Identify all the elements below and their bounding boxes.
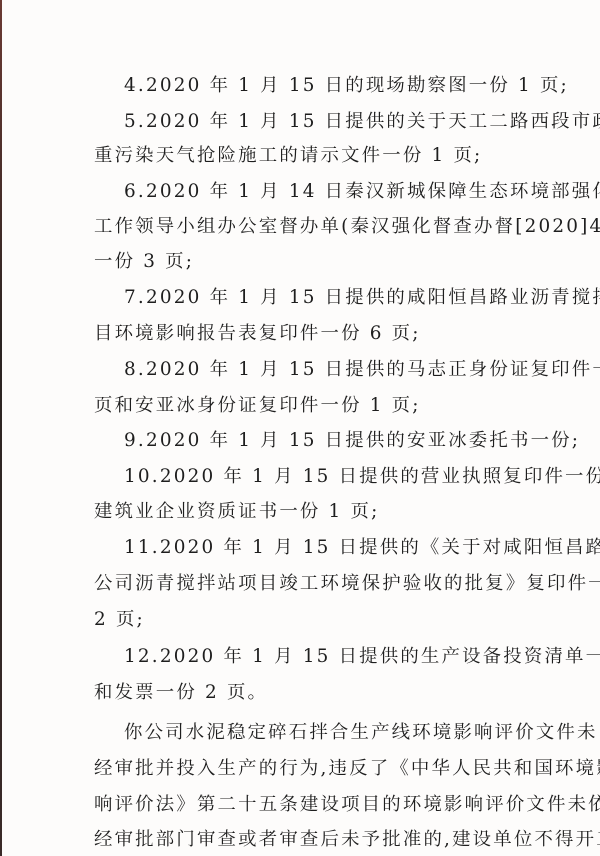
list-item-9-line-1: 9.2020 年 1 月 15 日提供的安亚冰委托书一份; xyxy=(124,430,580,452)
list-item-11-line-2: 公司沥青搅拌站项目竣工环境保护验收的批复》复印件一份 xyxy=(94,573,600,595)
paragraph-line-1: 你公司水泥稳定碎石拌合生产线环境影响评价文件未 xyxy=(124,722,598,744)
paragraph-line-3: 响评价法》第二十五条建设项目的环境影响评价文件未依法 xyxy=(94,794,600,816)
list-item-7-line-1: 7.2020 年 1 月 15 日提供的咸阳恒昌路业沥青搅拌站项 xyxy=(124,287,600,309)
list-item-5-line-2: 重污染天气抢险施工的请示文件一份 1 页; xyxy=(94,145,482,167)
list-item-12-line-2: 和发票一份 2 页。 xyxy=(94,682,268,704)
list-item-6-line-2: 工作领导小组办公室督办单(秦汉强化督查办督[2020]4 号) xyxy=(94,216,600,238)
list-item-8-line-2: 页和安亚冰身份证复印件一份 1 页; xyxy=(94,395,421,417)
list-item-4-line-1: 4.2020 年 1 月 15 日的现场勘察图一份 1 页; xyxy=(124,75,569,97)
list-item-8-line-1: 8.2020 年 1 月 15 日提供的马志正身份证复印件一份 1 xyxy=(124,359,600,381)
list-item-11-line-1: 11.2020 年 1 月 15 日提供的《关于对咸阳恒昌路业有限 xyxy=(124,537,600,559)
list-item-10-line-1: 10.2020 年 1 月 15 日提供的营业执照复印件一份 1 页和 xyxy=(124,466,600,488)
list-item-6-line-3: 一份 3 页; xyxy=(94,251,194,273)
document-page: 4.2020 年 1 月 15 日的现场勘察图一份 1 页; 5.2020 年 … xyxy=(0,0,600,856)
list-item-10-line-2: 建筑业企业资质证书一份 1 页; xyxy=(94,501,379,523)
list-item-7-line-2: 目环境影响报告表复印件一份 6 页; xyxy=(94,323,421,345)
list-item-5-line-1: 5.2020 年 1 月 15 日提供的关于天工二路西段市政工程 xyxy=(124,111,600,133)
paragraph-line-2: 经审批并投入生产的行为,违反了《中华人民共和国环境影 xyxy=(94,758,600,780)
list-item-11-line-3: 2 页; xyxy=(94,609,145,631)
list-item-12-line-1: 12.2020 年 1 月 15 日提供的生产设备投资清单一份 1 页 xyxy=(124,646,600,668)
list-item-6-line-1: 6.2020 年 1 月 14 日秦汉新城保障生态环境部强化督查 xyxy=(124,181,600,203)
paragraph-line-4: 经审批部门审查或者审查后未予批准的,建设单位不得开工 xyxy=(94,829,600,851)
